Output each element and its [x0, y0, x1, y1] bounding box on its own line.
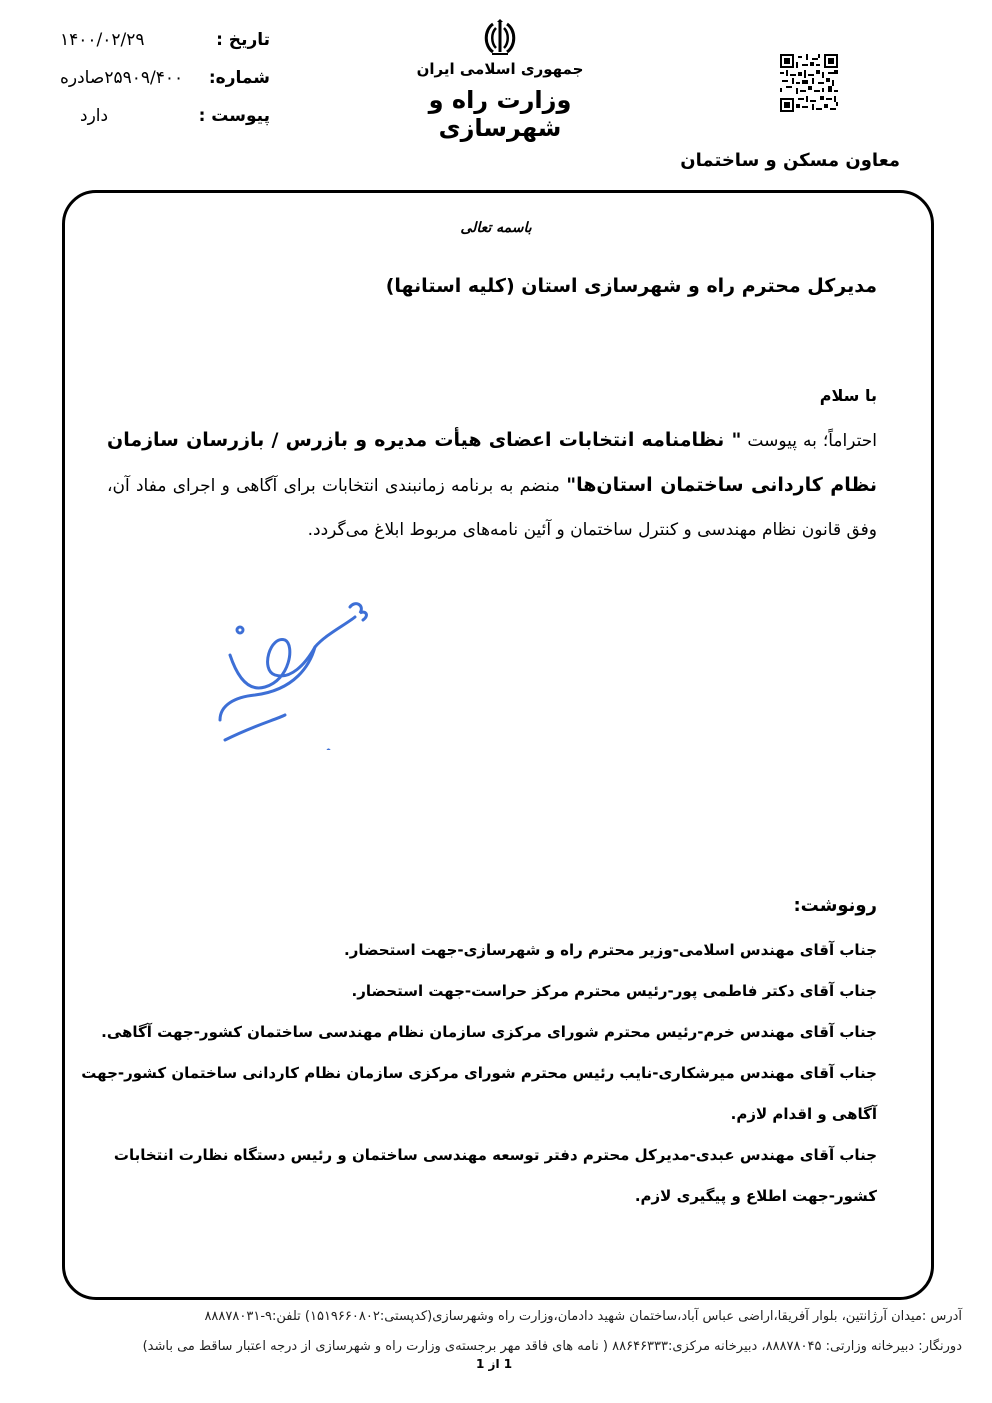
deputy-title: معاون مسکن و ساختمان	[680, 150, 900, 171]
cc-item: جناب آقای مهندس عبدی-مدیرکل محترم دفتر ت…	[77, 1135, 877, 1217]
letter-meta: تاریخ : ۱۴۰۰/۰۲/۲۹ شماره: ۲۵۹۰۹/۴۰۰صادره…	[40, 30, 270, 144]
footer-address: آدرس :میدان آرژانتین، بلوار آفریقا،اراضی…	[30, 1302, 962, 1332]
body-intro: احتراماً؛ به پیوست	[741, 431, 877, 451]
republic-title: جمهوری اسلامی ایران	[380, 60, 620, 78]
meta-date-value: ۱۴۰۰/۰۲/۲۹	[40, 30, 200, 50]
cc-list: جناب آقای مهندس اسلامی-وزیر محترم راه و …	[77, 930, 877, 1217]
ministry-title: وزارت راه و شهرسازی	[380, 86, 620, 142]
bismillah: باسمه تعالی	[0, 220, 992, 236]
cc-item: جناب آقای مهندس خرم-رئیس محترم شورای مرک…	[77, 1012, 877, 1053]
footer: آدرس :میدان آرژانتین، بلوار آفریقا،اراضی…	[30, 1302, 962, 1362]
meta-attachment-label: پیوست :	[200, 106, 270, 126]
meta-attachment: پیوست : دارد	[40, 106, 270, 144]
cc-item: جناب آقای دکتر فاطمی پور-رئیس محترم مرکز…	[77, 971, 877, 1012]
signer-name: محمود محمودزاده	[259, 742, 336, 750]
meta-date-label: تاریخ :	[200, 30, 270, 50]
meta-number-value: ۲۵۹۰۹/۴۰۰صادره	[40, 68, 200, 88]
greeting: با سلام	[820, 386, 877, 405]
cc-item: جناب آقای مهندس میرشکاری-نایب رئیس محترم…	[77, 1053, 877, 1135]
signature: محمود محمودزاده	[195, 595, 390, 750]
meta-attachment-value: دارد	[40, 106, 200, 126]
meta-date: تاریخ : ۱۴۰۰/۰۲/۲۹	[40, 30, 270, 68]
meta-number-label: شماره:	[200, 68, 270, 88]
qr-code-icon	[780, 54, 838, 112]
meta-number: شماره: ۲۵۹۰۹/۴۰۰صادره	[40, 68, 270, 106]
cc-item: جناب آقای مهندس اسلامی-وزیر محترم راه و …	[77, 930, 877, 971]
cc-title: رونوشت:	[793, 895, 877, 916]
letter-page: تاریخ : ۱۴۰۰/۰۲/۲۹ شماره: ۲۵۹۰۹/۴۰۰صادره…	[0, 0, 992, 1403]
page-number: 1 از 1	[476, 1357, 512, 1371]
letterhead: جمهوری اسلامی ایران وزارت راه و شهرسازی	[380, 18, 620, 142]
letter-body: احتراماً؛ به پیوست " نظامنامه انتخابات ا…	[107, 418, 877, 552]
iran-emblem-icon	[480, 18, 520, 58]
addressee: مدیرکل محترم راه و شهرسازی استان (کلیه ا…	[386, 275, 877, 297]
